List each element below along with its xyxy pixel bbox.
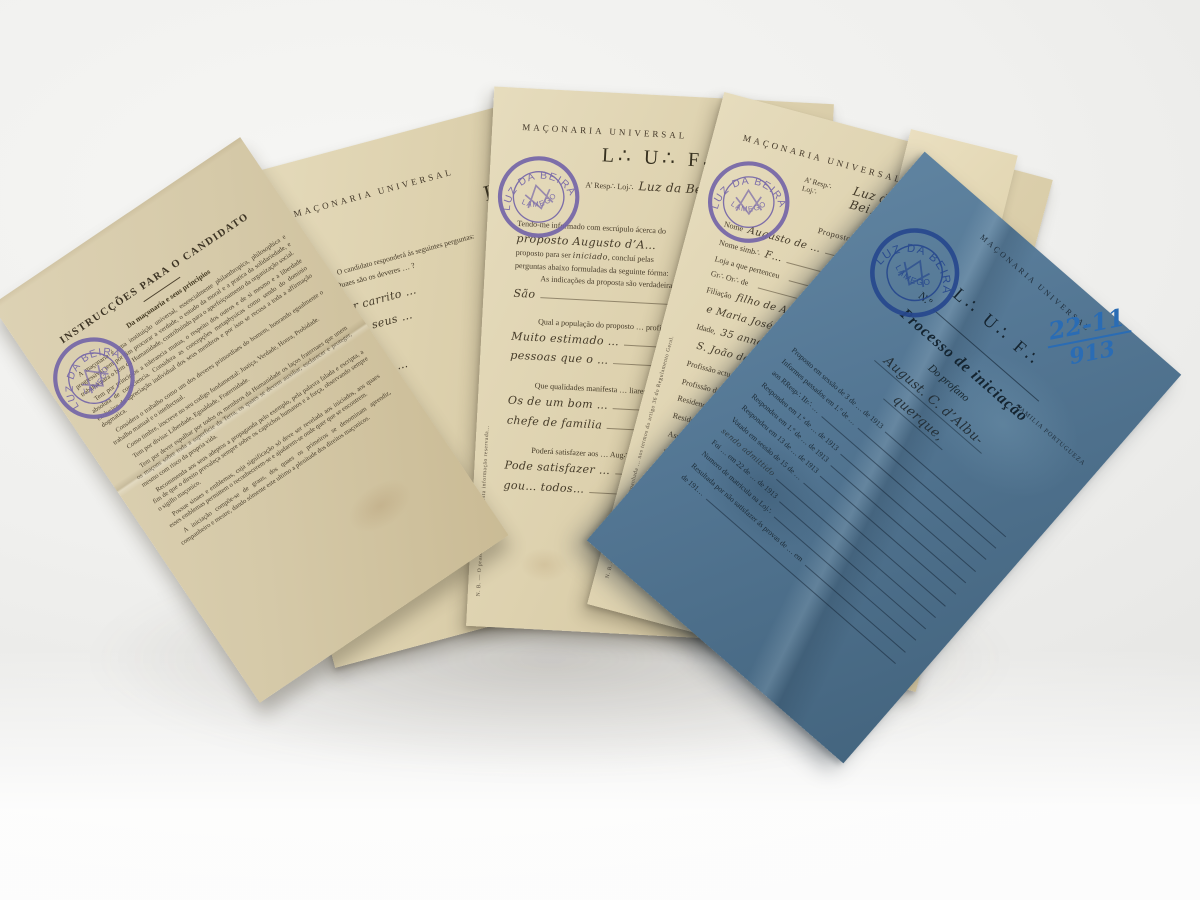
masthead: MAÇONARIA UNIVERSAL [522,122,688,141]
photo-of-masonic-documents: MAÇONARIA UNIVERSAL L∴ LUZ DA BEIRA LAME… [0,0,1200,900]
svg-text:LAMEGO: LAMEGO [729,199,768,214]
handwritten-word: iniciado [572,251,608,262]
handwritten-answer: São [513,284,536,302]
lodge-stamp: LUZ DA BEIRA LAMEGO [706,159,791,244]
svg-text:LAMEGO: LAMEGO [79,361,115,400]
svg-text:LAMEGO: LAMEGO [519,190,560,213]
lodge-name-label: A’ Resp∴ Loj∴ [585,180,634,192]
lodge-name-label: A’ Resp∴ Loj∴ [801,175,849,204]
